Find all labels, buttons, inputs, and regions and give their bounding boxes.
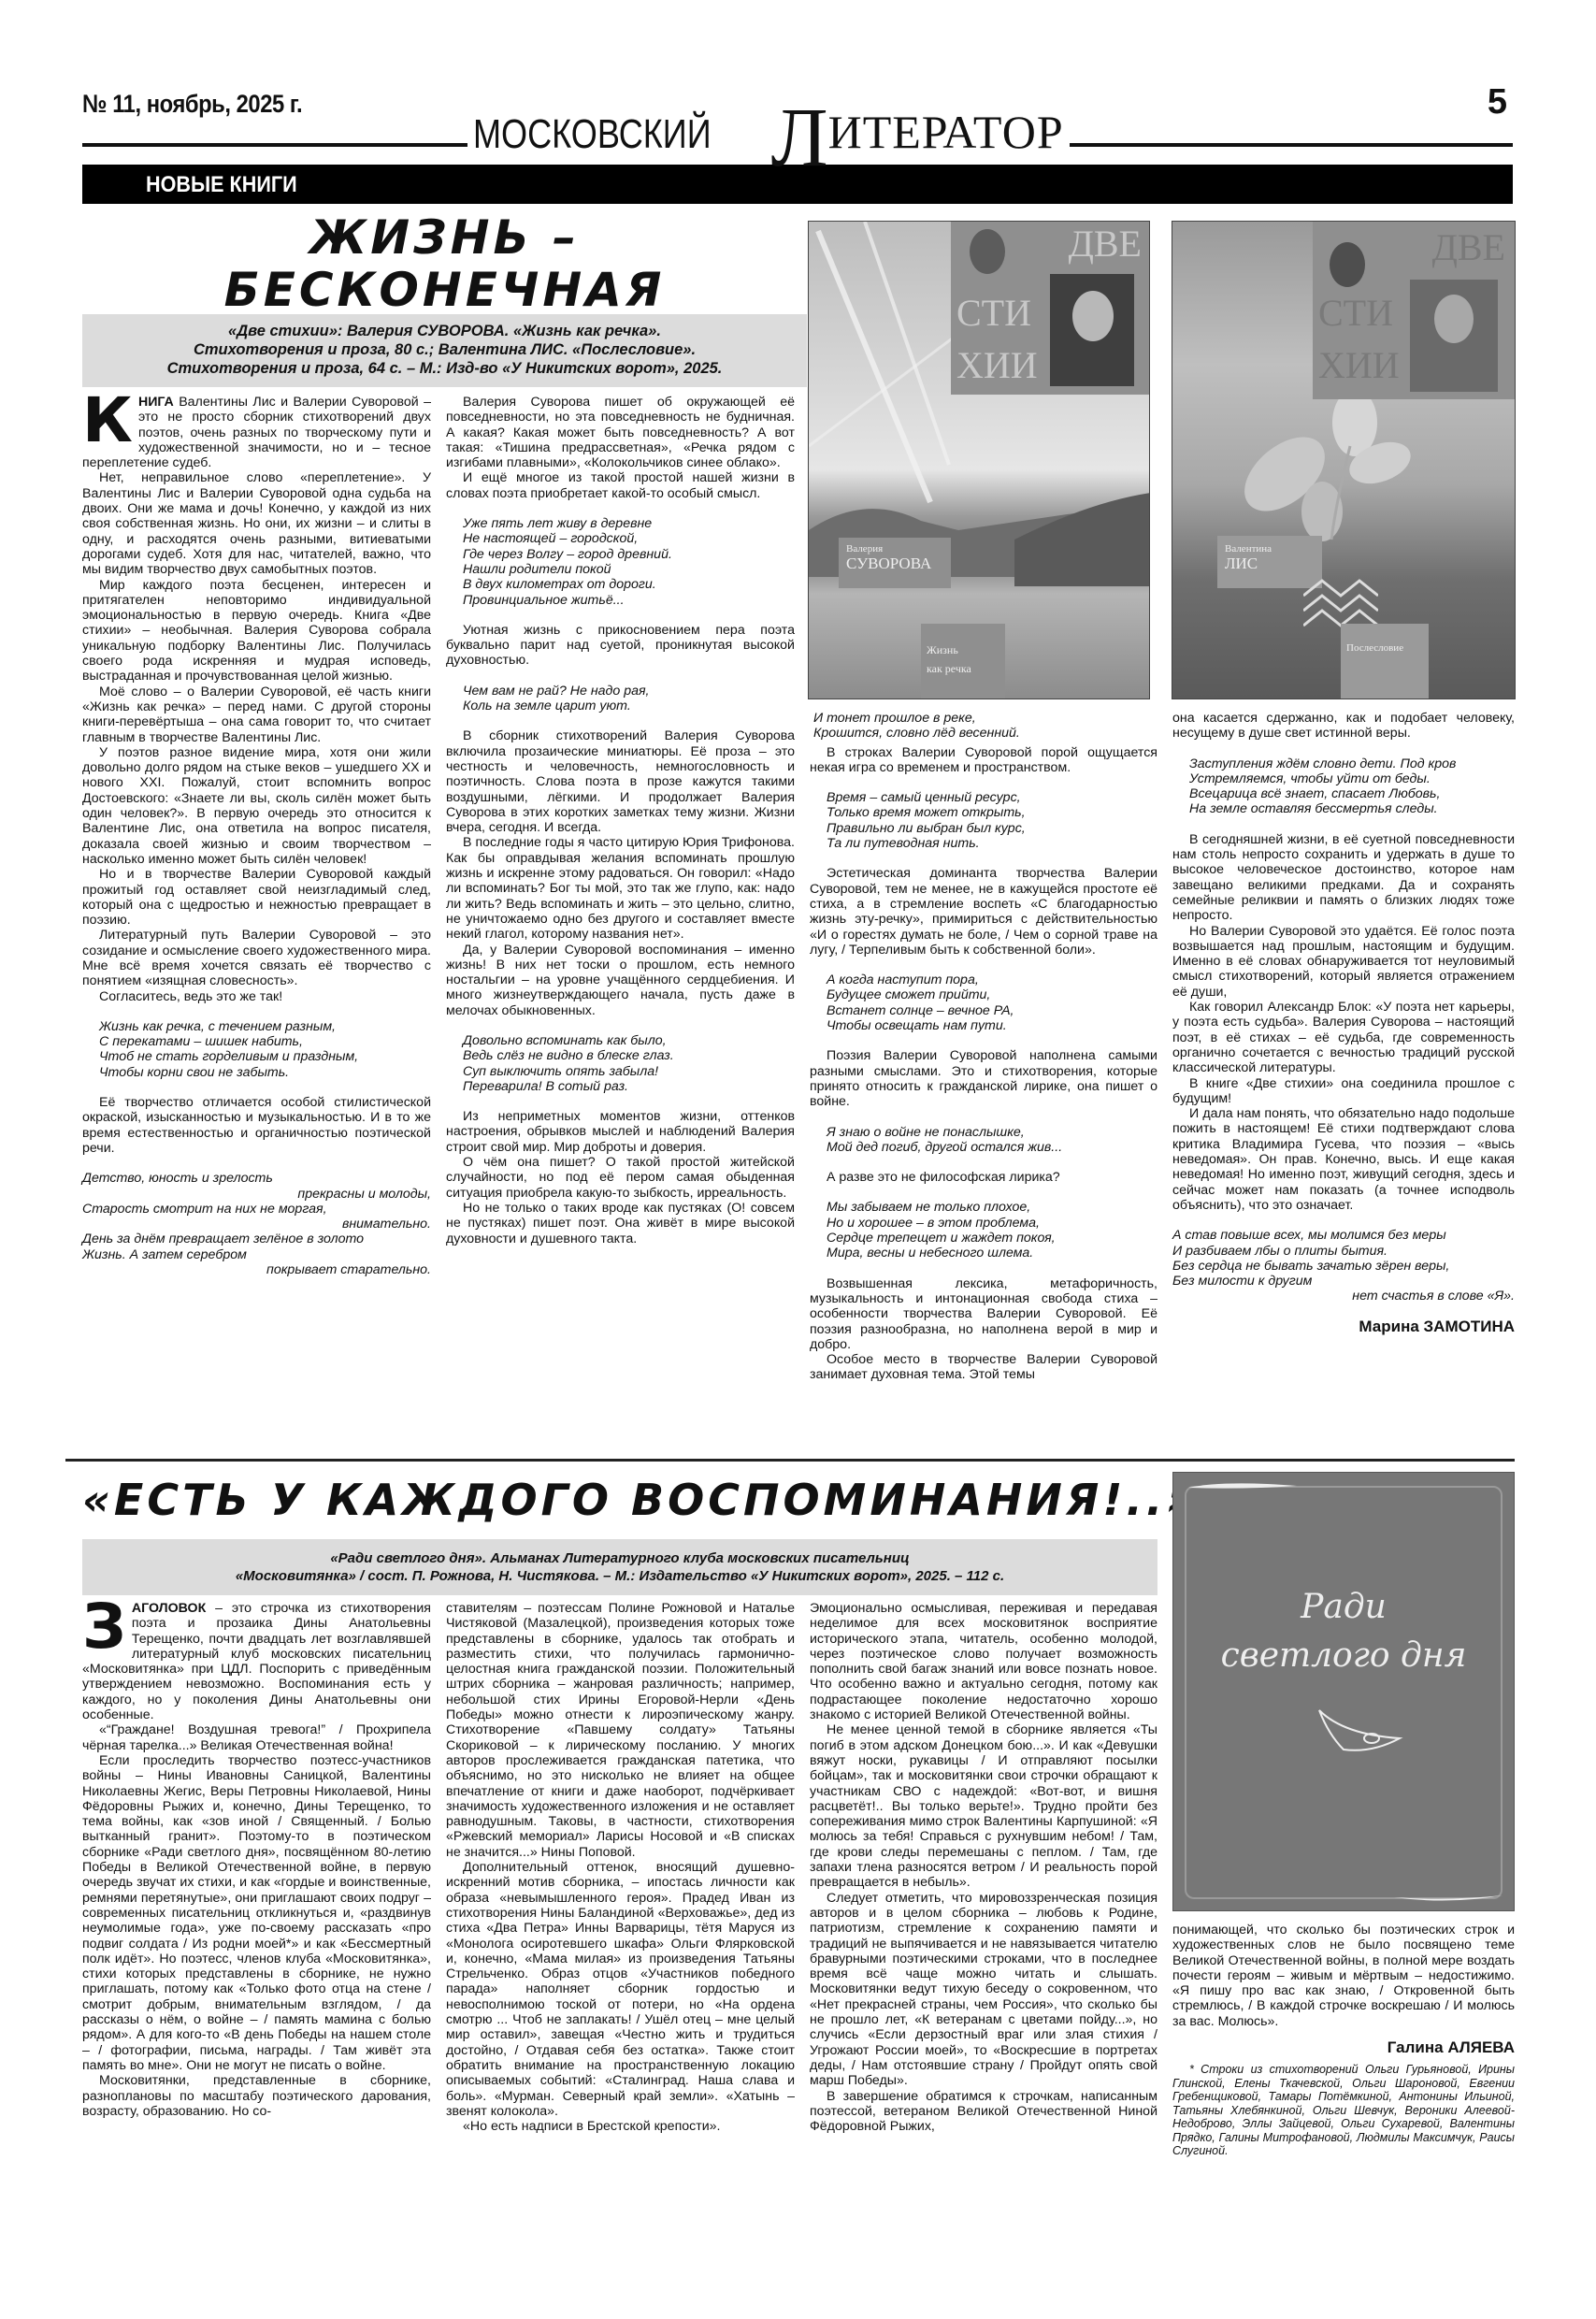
dropcap: К — [82, 396, 133, 445]
paragraph: Эмоционально осмысливая, переживая и пер… — [810, 1601, 1157, 1722]
poem: Мы забываем не только плохое, Но и хорош… — [827, 1200, 1157, 1260]
poem-line: Жизнь как речка, с течением разным, — [99, 1019, 431, 1034]
book-cover-radi-svetlogo-dnya: Ради светлого дня — [1172, 1472, 1515, 1911]
author-portrait-large — [1410, 280, 1498, 392]
paragraph: Валентины Лис и Валерии Суворовой – это … — [82, 395, 431, 470]
book-info-line: Стихотворения и проза, 64 с. – М.: Изд-в… — [82, 359, 807, 378]
paragraph: Поэзия Валерии Суворовой наполнена самым… — [810, 1048, 1157, 1109]
author-last-name: ЛИС — [1225, 555, 1315, 573]
paragraph: ставителям – поэтессам Полине Рожновой и… — [446, 1601, 795, 1860]
cover-title-line: ХИИ — [1318, 339, 1400, 392]
poem-line: Заступления ждём словно дети. Под кров — [1189, 756, 1515, 771]
poem-line: Без сердца не бывать зачатью зёрен веры, — [1172, 1259, 1515, 1274]
poem-line: А став повыше всех, мы молимся без меры — [1172, 1228, 1515, 1243]
flourish-icon — [1186, 1480, 1299, 1493]
poem-line: Мой дед погиб, другой остался жив... — [827, 1140, 1157, 1155]
poem: А когда наступит пора, Будущее сможет пр… — [827, 972, 1157, 1033]
paragraph: – это строчка из стихотворения поэта и п… — [82, 1601, 431, 1722]
poem-line: Ведь слёз не видно в блеске глаз. — [463, 1048, 795, 1063]
poem-line: Уже пять лет живу в деревне — [463, 516, 795, 531]
book-title-line: Жизнь — [927, 641, 999, 659]
poem: Детство, юность и зрелость прекрасны и м… — [82, 1171, 431, 1277]
paragraph: Из неприметных моментов жизни, оттенков … — [446, 1109, 795, 1155]
headline-line: ЖИЗНЬ – — [82, 211, 807, 264]
poem-line: Где через Волгу – город древний. — [463, 547, 795, 562]
cover-title: ДВЕ — [1069, 222, 1142, 266]
poem-line: Чтобы освещать нам пути. — [827, 1018, 1157, 1033]
book-cover-suvorova: ДВЕ СТИ ХИИ Валерия СУВОРОВА Жизнь как р… — [808, 221, 1150, 699]
book-cover-lis: ДВЕ СТИ ХИИ Валентина ЛИС Послесловие — [1172, 221, 1516, 699]
poem-line: Без милости к другим — [1172, 1274, 1515, 1289]
poem-line: покрывает старательно. — [82, 1262, 431, 1277]
footnote: * Строки из стихотворений Ольги Гурьянов… — [1172, 2063, 1515, 2158]
feather-icon — [1316, 1707, 1409, 1763]
book-info-line: «Ради светлого дня». Альманах Литературн… — [82, 1549, 1157, 1567]
book-title-panel: Послесловие — [1341, 624, 1429, 699]
poem-line: Чтобы корни свои не забыть. — [99, 1065, 431, 1080]
poem: Чем вам не рай? Не надо рая, Коль на зем… — [463, 684, 795, 714]
paragraph: Как говорил Александр Блок: «У поэта нет… — [1172, 1000, 1515, 1075]
poem-line: внимательно. — [82, 1217, 431, 1232]
paragraph: О чём она пишет? О такой простой житейск… — [446, 1155, 795, 1201]
cover-title: СТИ ХИИ — [1318, 287, 1400, 392]
poem-line: Мы забываем не только плохое, — [827, 1200, 1157, 1215]
paragraph: В последние годы я часто цитирую Юрия Тр… — [446, 835, 795, 942]
poem-line: Крошится, словно лёд весенний. — [813, 726, 1157, 741]
paragraph: Но и в творчестве Валерии Суворовой кажд… — [82, 867, 431, 928]
poem-line: Та ли путеводная нить. — [827, 836, 1157, 851]
paragraph: В завершение обратимся к строчкам, напис… — [810, 2089, 1157, 2135]
paragraph: понимающей, что сколько бы поэтических с… — [1172, 1923, 1515, 2029]
article1-column-4: она касается сдержанно, как и подобает ч… — [1172, 711, 1515, 1334]
author-panel: Валерия СУВОРОВА — [839, 538, 951, 588]
poem-line: Но и хорошее – в этом проблема, — [827, 1216, 1157, 1231]
book-title-line: как речка — [927, 659, 999, 678]
poem: Заступления ждём словно дети. Под кров У… — [1189, 756, 1515, 817]
paragraph: Дополнительный оттенок, вносящий душевно… — [446, 1860, 795, 2119]
lead-word: АГОЛОВОК — [132, 1601, 206, 1616]
paragraph: В сборник стихотворений Валерия Суворова… — [446, 728, 795, 835]
paragraph: И ещё многое из такой простой нашей жизн… — [446, 470, 795, 501]
poem-line: Жизнь. А затем серебром — [82, 1247, 431, 1262]
author-portrait-small — [970, 229, 1005, 274]
poem-line: Старость смотрит на них не моргая, — [82, 1202, 431, 1217]
poem: Я знаю о войне не понаслышке, Мой дед по… — [827, 1125, 1157, 1156]
paragraph: Московитянки, представленные в сборнике,… — [82, 2073, 431, 2119]
author-portrait-small — [1330, 242, 1365, 287]
page-number: 5 — [1488, 82, 1507, 122]
title-panel: ДВЕ СТИ ХИИ — [951, 222, 1150, 395]
paragraph: Литературный путь Валерии Суворовой – эт… — [82, 928, 431, 988]
paragraph: «Но есть надписи в Брестской крепости». — [446, 2119, 795, 2134]
cover-title-line: СТИ — [1318, 287, 1400, 339]
article-divider — [65, 1459, 1515, 1462]
logo-part2: ИТЕРАТОР — [828, 108, 1064, 155]
paragraph: она касается сдержанно, как и подобает ч… — [1172, 711, 1515, 742]
poem-line: Не настоящей – городской, — [463, 531, 795, 546]
article2-column-3: Эмоционально осмысливая, переживая и пер… — [810, 1601, 1157, 2134]
paragraph: Но Валерии Суворовой это удаётся. Её гол… — [1172, 924, 1515, 1000]
issue-date: № 11, ноябрь, 2025 г. — [82, 90, 302, 119]
cover-title: СТИ ХИИ — [956, 287, 1038, 392]
poem-line: В двух километрах от дороги. — [463, 577, 795, 592]
logo-part1: МОСКОВСКИЙ — [473, 114, 712, 155]
paragraph: У поэтов разное видение мира, хотя они ж… — [82, 745, 431, 867]
cover-title: ДВЕ — [1432, 225, 1505, 269]
book-info-line: Стихотворения и проза, 80 с.; Валентина … — [82, 340, 807, 359]
paragraph: Следует отметить, что мировоззренческая … — [810, 1891, 1157, 2089]
poem: Жизнь как речка, с течением разным, С пе… — [99, 1019, 431, 1080]
article2-column-4: понимающей, что сколько бы поэтических с… — [1172, 1923, 1515, 2158]
article2-book-info: «Ради светлого дня». Альманах Литературн… — [82, 1539, 1157, 1595]
article1-column-3: И тонет прошлое в реке, Крошится, словно… — [810, 711, 1157, 1383]
article1-column-2: Валерия Суворова пишет об окружающей её … — [446, 395, 795, 1246]
newspaper-logo: МОСКОВСКИЙ Л ИТЕРАТОР — [467, 71, 1070, 155]
poem: Время – самый ценный ресурс, Только врем… — [827, 790, 1157, 851]
paragraph: Если проследить творчество поэтесс-участ… — [82, 1753, 431, 2073]
article2-headline: «ЕСТЬ У КАЖДОГО ВОСПОМИНАНИЯ!..» — [82, 1475, 1157, 1525]
poem-line: А когда наступит пора, — [827, 972, 1157, 987]
article2-column-1: ЗАГОЛОВОК – это строчка из стихотворения… — [82, 1601, 431, 2119]
cover-title-line: ХИИ — [956, 339, 1038, 392]
poem-line: Сердце трепещет и жаждет покоя, — [827, 1231, 1157, 1246]
poem: Уже пять лет живу в деревне Не настоящей… — [463, 516, 795, 608]
poem-line: День за днём превращает зелёное в золото — [82, 1232, 431, 1246]
dropcap: З — [82, 1603, 126, 1651]
paragraph: В сегодняшней жизни, в её суетной повсед… — [1172, 832, 1515, 924]
poem-line: Время – самый ценный ресурс, — [827, 790, 1157, 805]
paragraph: Уютная жизнь с прикосновением пера поэта… — [446, 623, 795, 669]
poem-line: Устремляемся, чтобы уйти от беды. — [1189, 771, 1515, 786]
paragraph: Согласитесь, ведь это же так! — [82, 989, 431, 1004]
title-panel: ДВЕ СТИ ХИИ — [1313, 222, 1516, 399]
poem-line: прекрасны и молоды, — [82, 1187, 431, 1202]
poem-line: Я знаю о войне не понаслышке, — [827, 1125, 1157, 1140]
paragraph: Не менее ценной темой в сборнике являетс… — [810, 1722, 1157, 1890]
cover-frame — [1185, 1486, 1503, 1899]
author-signature: Галина АЛЯЕВА — [1172, 2040, 1515, 2055]
poem-line: Чтоб не стать горделивым и праздным, — [99, 1049, 431, 1064]
poem-line: Провинциальное житьё... — [463, 593, 795, 608]
article1-book-info: «Две стихии»: Валерия СУВОРОВА. «Жизнь к… — [82, 314, 807, 387]
paragraph: Возвышенная лексика, метафоричность, муз… — [810, 1276, 1157, 1352]
paragraph: Моё слово – о Валерии Суворовой, её част… — [82, 684, 431, 745]
poem-line: Нашли родители покой — [463, 562, 795, 577]
poem: Довольно вспоминать как было, Ведь слёз … — [463, 1033, 795, 1094]
flourish-icon — [1392, 1892, 1504, 1905]
poem-line: С перекатами – шишек набить, — [99, 1034, 431, 1049]
cover-title: Ради светлого дня — [1173, 1583, 1514, 1680]
author-portrait-large — [1050, 274, 1134, 386]
author-signature: Марина ЗАМОТИНА — [1172, 1319, 1515, 1334]
book-title-line: Послесловие — [1346, 642, 1423, 654]
poem-line: На земле оставляя бессмертья следы. — [1189, 801, 1515, 816]
paragraph: Нет, неправильное слово «переплетение». … — [82, 470, 431, 577]
poem: А став повыше всех, мы молимся без меры … — [1172, 1228, 1515, 1304]
poem-line: Переварила! В сотый раз. — [463, 1079, 795, 1094]
poem-line: Мира, весны и небесного шлема. — [827, 1246, 1157, 1260]
lead-word: НИГА — [138, 395, 174, 410]
book-info-line: «Московитянка» / сост. П. Рожнова, Н. Чи… — [82, 1567, 1157, 1585]
paragraph: В книге «Две стихии» она соединила прошл… — [1172, 1076, 1515, 1107]
poem-line: Правильно ли выбран был курс, — [827, 821, 1157, 836]
paragraph: «“Граждане! Воздушная тревога!” / Прохри… — [82, 1722, 431, 1753]
section-label: НОВЫЕ КНИГИ — [146, 172, 297, 198]
book-info-line: «Две стихии»: Валерия СУВОРОВА. «Жизнь к… — [82, 322, 807, 340]
logo-initial: Л — [771, 105, 828, 172]
paragraph: Особое место в творчестве Валерии Суворо… — [810, 1352, 1157, 1383]
poem-line: Всецарица всё знает, спасает Любовь, — [1189, 786, 1515, 801]
paragraph: Но не только о таких вроде как пустяках … — [446, 1201, 795, 1246]
author-last-name: СУВОРОВА — [846, 555, 943, 573]
paragraph: В строках Валерии Суворовой порой ощущае… — [810, 745, 1157, 776]
paragraph: Её творчество отличается особой стилисти… — [82, 1095, 431, 1156]
paragraph: Да, у Валерии Суворовой воспоминания – и… — [446, 943, 795, 1018]
cover-title-line: светлого дня — [1173, 1632, 1514, 1680]
paragraph: Эстетическая доминанта творчества Валери… — [810, 866, 1157, 958]
poem-line: нет счастья в слове «Я». — [1172, 1289, 1515, 1304]
paragraph: И дала нам понять, что обязательно надо … — [1172, 1106, 1515, 1213]
poem-line: Суп выключить опять забыла! — [463, 1064, 795, 1079]
poem-line: Детство, юность и зрелость — [82, 1171, 431, 1186]
poem-line: И разбиваем лбы о плиты бытия. — [1172, 1244, 1515, 1259]
author-first-name: Валентина — [1225, 543, 1315, 555]
poem-line: Только время может открыть, — [827, 805, 1157, 820]
poem-line: Довольно вспоминать как было, — [463, 1033, 795, 1048]
poem: И тонет прошлое в реке, Крошится, словно… — [813, 711, 1157, 742]
paragraph: Валерия Суворова пишет об окружающей её … — [446, 395, 795, 470]
poem-line: И тонет прошлое в реке, — [813, 711, 1157, 726]
poem-line: Чем вам не рай? Не надо рая, — [463, 684, 795, 699]
poem-line: Встанет солнце – вечное РА, — [827, 1003, 1157, 1018]
cover-title-line: СТИ — [956, 287, 1038, 339]
author-first-name: Валерия — [846, 543, 943, 555]
poem-line: Коль на земле царит уют. — [463, 699, 795, 713]
paragraph: Мир каждого поэта бесценен, интересен и … — [82, 578, 431, 684]
article1-column-1: КНИГА Валентины Лис и Валерии Суворовой … — [82, 395, 431, 1292]
poem-line: Будущее сможет прийти, — [827, 987, 1157, 1002]
article2-column-2: ставителям – поэтессам Полине Рожновой и… — [446, 1601, 795, 2134]
book-title-panel: Жизнь как речка — [921, 624, 1005, 699]
paragraph: А разве это не философская лирика? — [810, 1170, 1157, 1185]
cover-title-line: Ради — [1173, 1583, 1514, 1632]
